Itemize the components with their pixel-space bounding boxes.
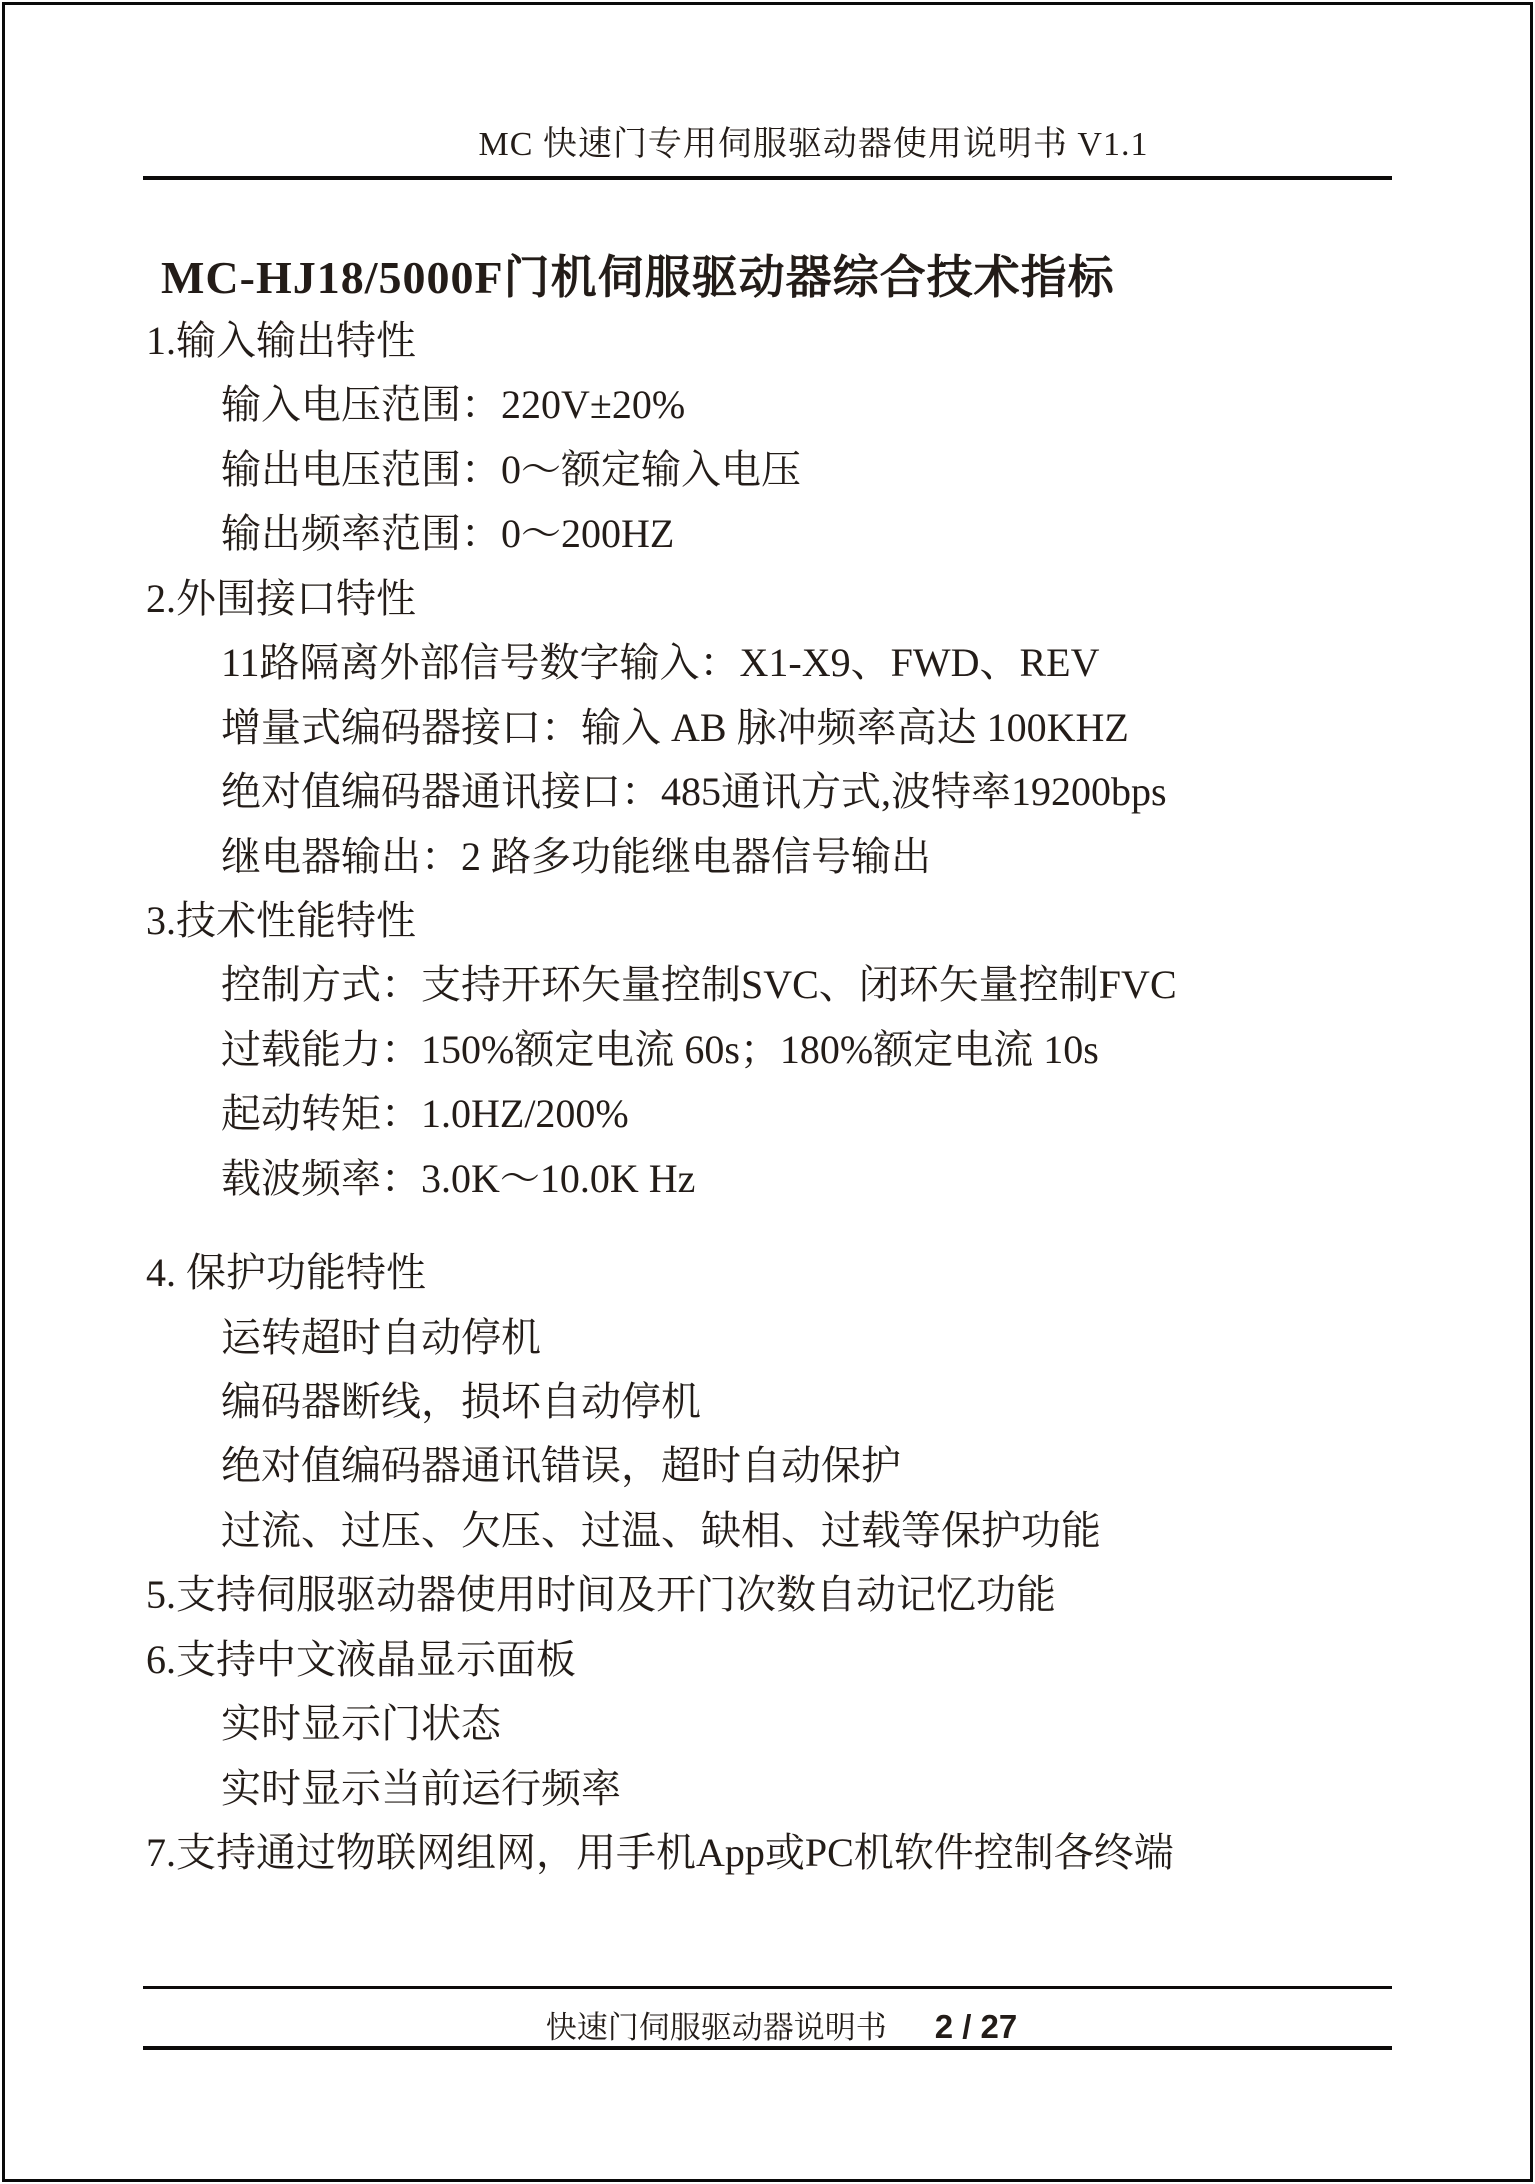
text-line: 过流、过压、欠压、过温、缺相、过载等保护功能 [143,1499,1443,1563]
text-line: 绝对值编码器通讯错误，超时自动保护 [143,1434,1443,1498]
text-line: 4. 保护功能特性 [143,1241,1443,1305]
text-line: 3.技术性能特性 [143,889,1443,953]
footer: 快速门伺服驱动器说明书2 / 27 [143,2002,1392,2047]
text-line: 2.外围接口特性 [143,567,1443,631]
footer-rule-bottom [143,2046,1392,2050]
text-line: 实时显示门状态 [143,1692,1443,1756]
running-header: MC 快速门专用伺服驱动器使用说明书 V1.1 [143,116,1392,165]
text-line: 输出电压范围：0～额定输入电压 [143,438,1443,502]
text-line: 绝对值编码器通讯接口：485通讯方式,波特率19200bps [143,760,1443,824]
text-line: 输入电压范围：220V±20% [143,373,1443,437]
footer-rule-top [143,1986,1392,1989]
text-line: 输出频率范围：0～200HZ [143,502,1443,566]
page-title: MC-HJ18/5000F门机伺服驱动器综合技术指标 [161,241,1115,307]
text-line: 控制方式：支持开环矢量控制SVC、闭环矢量控制FVC [143,953,1443,1017]
document-body: 1.输入输出特性输入电压范围：220V±20%输出电压范围：0～额定输入电压输出… [143,309,1443,1886]
text-line: 6.支持中文液晶显示面板 [143,1628,1443,1692]
text-line: 实时显示当前运行频率 [143,1757,1443,1821]
manual-page: { "header": { "running_title": "MC 快速门专用… [0,0,1535,2184]
page-number: 2 / 27 [935,2008,1018,2045]
header-rule [143,176,1392,180]
text-line: 1.输入输出特性 [143,309,1443,373]
text-line: 过载能力：150%额定电流 60s；180%额定电流 10s [143,1018,1443,1082]
text-line: 起动转矩：1.0HZ/200% [143,1082,1443,1146]
text-line: 继电器输出：2 路多功能继电器信号输出 [143,825,1443,889]
text-line: 11路隔离外部信号数字输入：X1-X9、FWD、REV [143,631,1443,695]
text-line: 增量式编码器接口：输入 AB 脉冲频率高达 100KHZ [143,696,1443,760]
text-line: 编码器断线，损坏自动停机 [143,1370,1443,1434]
text-line: 5.支持伺服驱动器使用时间及开门次数自动记忆功能 [143,1563,1443,1627]
text-line: 载波频率：3.0K～10.0K Hz [143,1147,1443,1211]
footer-label: 快速门伺服驱动器说明书 [546,2010,887,2045]
text-line: 运转超时自动停机 [143,1306,1443,1370]
text-line: 7.支持通过物联网组网，用手机App或PC机软件控制各终端 [143,1821,1443,1885]
